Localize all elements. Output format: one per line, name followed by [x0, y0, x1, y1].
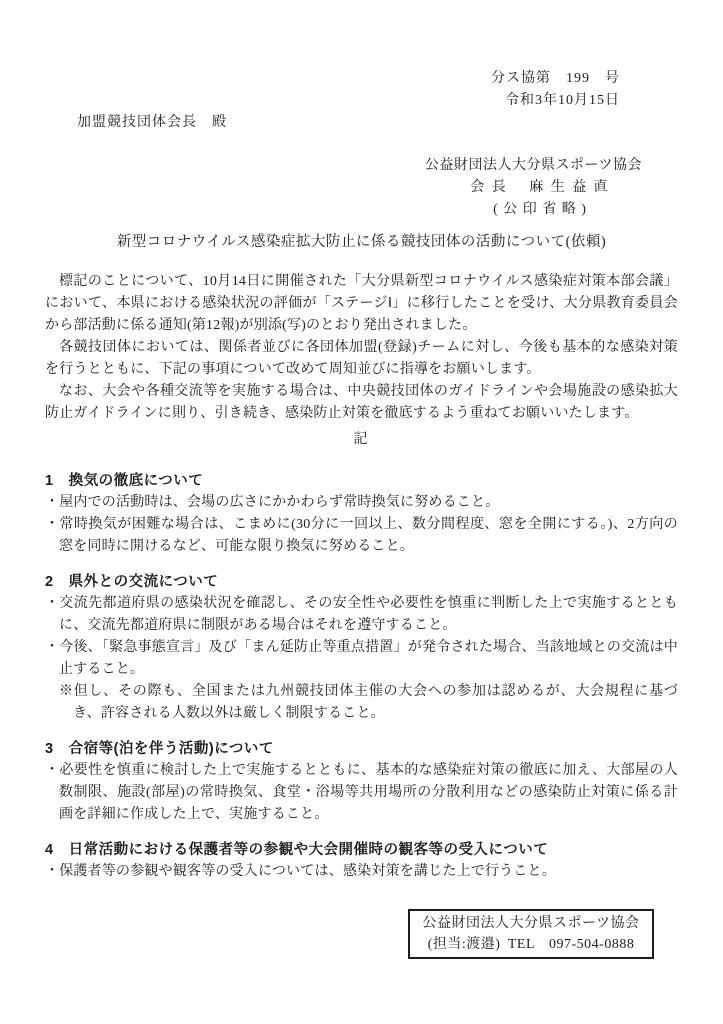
section-ventilation: 1 換気の徹底について ・屋内での活動時は、会場の広さにかかわらず常時換気に努め… [45, 470, 678, 558]
list-item: ・必要性を慎重に検討した上で実施するとともに、基本的な感染症対策の徹底に加え、大… [45, 760, 678, 826]
sender-block: 公益財団法人大分県スポーツ協会 会 長 麻 生 益 直 ( 公 印 省 略 ) [425, 155, 655, 221]
doc-number: 分ス協第 199 号 [45, 68, 620, 90]
list-item: ・交流先都道府県の感染状況を確認し、その安全性や必要性を慎重に判断した上で実施す… [45, 593, 678, 637]
body-paragraph: 標記のことについて、10月14日に開催された「大分県新型コロナウイルス感染症対策… [45, 271, 678, 337]
section-outside-prefecture: 2 県外との交流について ・交流先都道府県の感染状況を確認し、その安全性や必要性… [45, 571, 678, 725]
doc-date: 令和3年10月15日 [45, 90, 620, 112]
contact-box: 公益財団法人大分県スポーツ協会 (担当:渡邉) TEL 097-504-0888 [408, 909, 654, 959]
section-heading: 3 合宿等(泊を伴う活動)について [45, 738, 678, 760]
list-item: ・保護者等の参観や観客等の受入については、感染対策を講じた上で行うこと。 [45, 861, 678, 883]
list-item-note: ※但し、その際も、全国または九州競技団体主催の大会への参加は認めるが、大会規程に… [59, 681, 678, 725]
document-header: 分ス協第 199 号 令和3年10月15日 [45, 68, 678, 112]
list-item: ・常時換気が困難な場合は、こまめに(30分に一回以上、数分間程度、窓を全開にする… [45, 514, 678, 558]
list-item: ・今後、「緊急事態宣言」及び「まん延防止等重点措置」が発令された場合、当該地域と… [45, 637, 678, 681]
addressee: 加盟競技団体会長 殿 [45, 112, 678, 134]
section-heading: 1 換気の徹底について [45, 470, 678, 492]
body-paragraph: なお、大会や各種交流等を実施する場合は、中央競技団体のガイドラインや会場施設の感… [45, 381, 678, 425]
section-heading: 4 日常活動における保護者等の参観や大会開催時の観客等の受入について [45, 839, 678, 861]
section-heading: 2 県外との交流について [45, 571, 678, 593]
sender-organization: 公益財団法人大分県スポーツ協会 [425, 155, 655, 177]
sender-seal-note: ( 公 印 省 略 ) [425, 199, 655, 221]
list-item: ・屋内での活動時は、会場の広さにかかわらず常時換気に努めること。 [45, 492, 678, 514]
contact-phone: (担当:渡邉) TEL 097-504-0888 [414, 934, 648, 955]
section-spectators: 4 日常活動における保護者等の参観や大会開催時の観客等の受入について ・保護者等… [45, 839, 678, 883]
body-paragraphs: 標記のことについて、10月14日に開催された「大分県新型コロナウイルス感染症対策… [45, 271, 678, 425]
document-page: 分ス協第 199 号 令和3年10月15日 加盟競技団体会長 殿 公益財団法人大… [0, 0, 723, 1024]
section-training-camps: 3 合宿等(泊を伴う活動)について ・必要性を慎重に検討した上で実施するとともに… [45, 738, 678, 826]
document-title: 新型コロナウイルス感染症拡大防止に係る競技団体の活動について(依頼) [45, 231, 678, 253]
sender-president: 会 長 麻 生 益 直 [425, 177, 655, 199]
record-marker: 記 [45, 429, 678, 451]
contact-organization: 公益財団法人大分県スポーツ協会 [414, 913, 648, 934]
body-paragraph: 各競技団体においては、関係者並びに各団体加盟(登録)チームに対し、今後も基本的な… [45, 337, 678, 381]
